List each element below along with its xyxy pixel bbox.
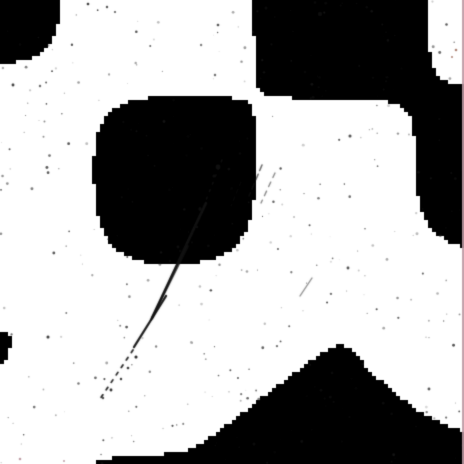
grunge-texture-figure bbox=[0, 0, 464, 464]
grunge-texture-canvas bbox=[0, 0, 464, 464]
